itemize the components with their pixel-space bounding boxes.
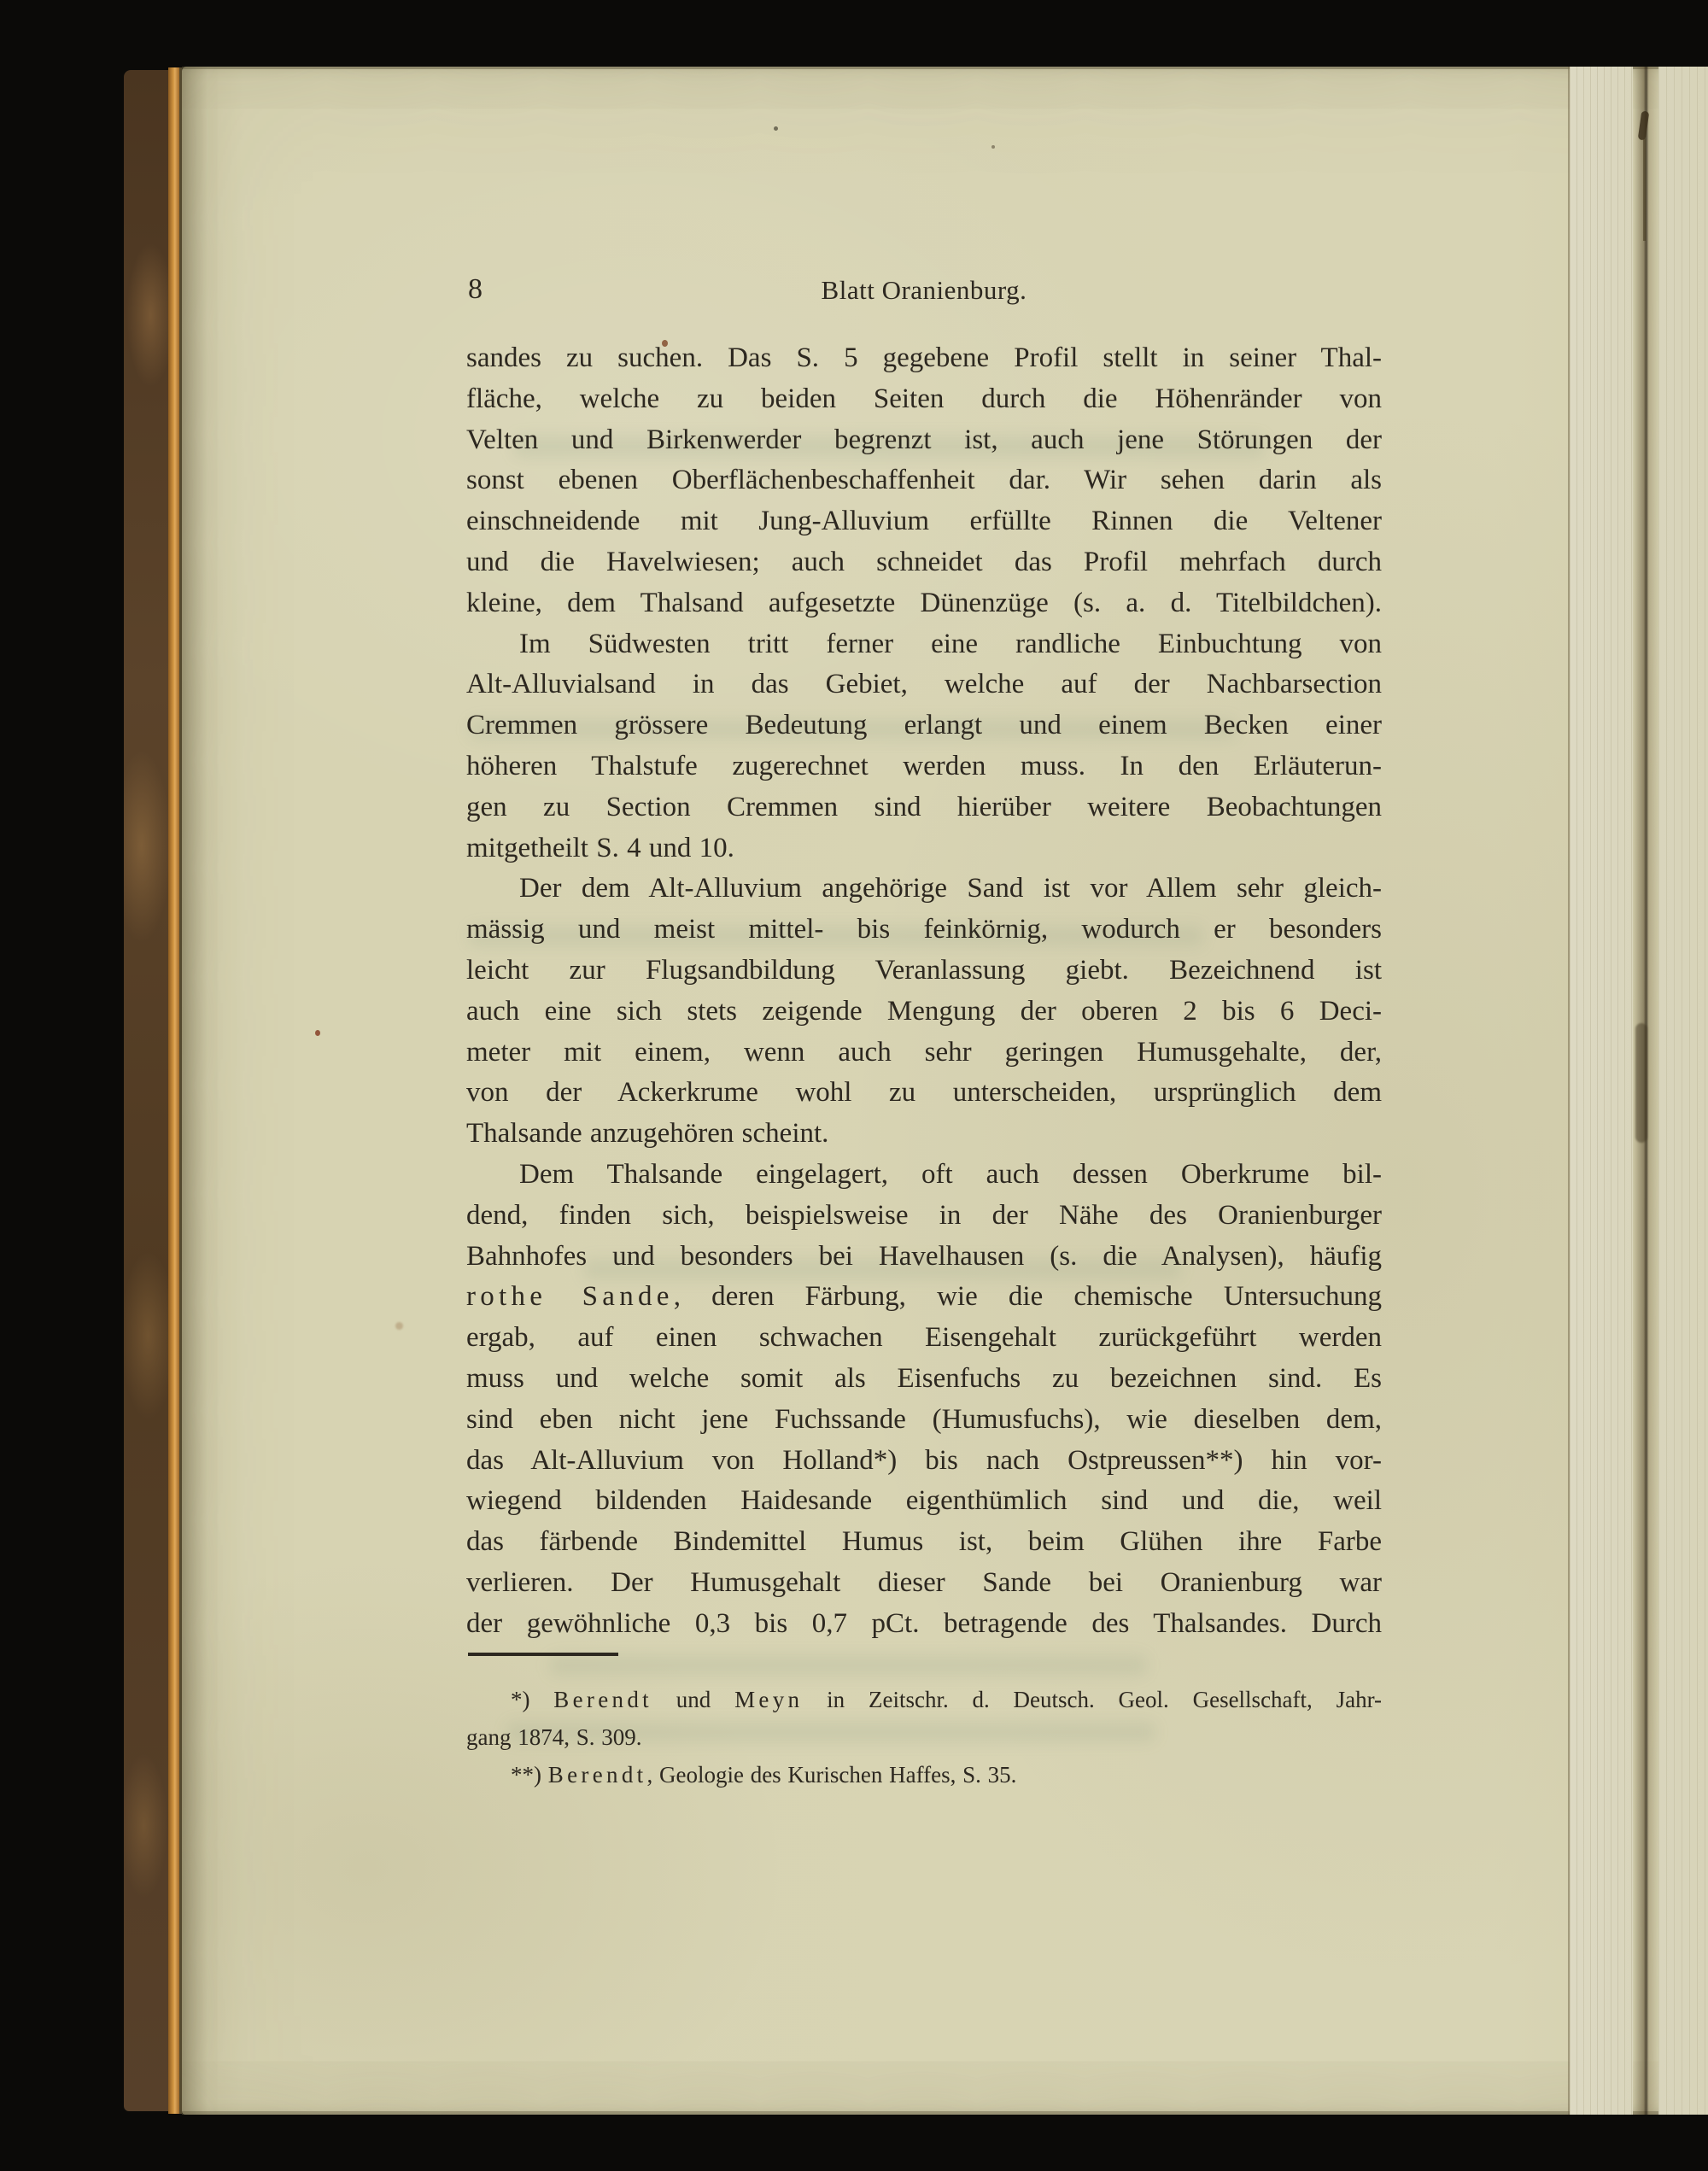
crease-fray xyxy=(1635,1023,1647,1143)
body-text: sandes zu suchen. Das S. 5 gegebene Prof… xyxy=(466,338,1382,1645)
paragraph: Dem Thalsande eingelagert, oft auch dess… xyxy=(466,1155,1382,1645)
book-page: 8 Blatt Oranienburg. sandes zu suchen. D… xyxy=(182,67,1708,2115)
text-line: Dem Thalsande eingelagert, oft auch dess… xyxy=(466,1155,1382,1196)
text-line: mässig und meist mittel- bis feinkörnig,… xyxy=(466,910,1382,951)
text-line: **) Berendt, Geologie des Kurischen Haff… xyxy=(466,1756,1382,1794)
footnote: *) Berendt und Meyn in Zeitschr. d. Deut… xyxy=(466,1681,1382,1756)
text-line: verlieren. Der Humusgehalt dieser Sande … xyxy=(466,1563,1382,1604)
binding-thread xyxy=(1643,138,1646,241)
text-line: und die Havelwiesen; auch schneidet das … xyxy=(466,542,1382,583)
text-line: einschneidende mit Jung-Alluvium erfüllt… xyxy=(466,501,1382,542)
text-line: kleine, dem Thalsand aufgesetzte Dünenzü… xyxy=(466,583,1382,624)
text-line: sind eben nicht jene Fuchssande (Humusfu… xyxy=(466,1400,1382,1441)
text-line: sonst ebenen Oberflächenbeschaffenheit d… xyxy=(466,460,1382,501)
text-line: muss und welche somit als Eisenfuchs zu … xyxy=(466,1359,1382,1400)
footnote: **) Berendt, Geologie des Kurischen Haff… xyxy=(466,1756,1382,1794)
spaced-text: Berendt xyxy=(553,1687,652,1712)
text-line: Alt-Alluvialsand in das Gebiet, welche a… xyxy=(466,664,1382,705)
text-line: der gewöhnliche 0,3 bis 0,7 pCt. betrage… xyxy=(466,1604,1382,1645)
text-line: leicht zur Flugsandbildung Veranlassung … xyxy=(466,951,1382,992)
text-line: das Alt-Alluvium von Holland*) bis nach … xyxy=(466,1441,1382,1482)
text-line: ergab, auf einen schwachen Eisengehalt z… xyxy=(466,1318,1382,1359)
text-line: das färbende Bindemittel Humus ist, beim… xyxy=(466,1522,1382,1563)
text-line: höheren Thalstufe zugerechnet werden mus… xyxy=(466,746,1382,787)
text-line: auch eine sich stets zeigende Mengung de… xyxy=(466,992,1382,1033)
text-line: gen zu Section Cremmen sind hierüber wei… xyxy=(466,787,1382,828)
text-line: rothe Sande, deren Färbung, wie die chem… xyxy=(466,1277,1382,1318)
paper-speck xyxy=(315,1030,320,1036)
text-line: Im Südwesten tritt ferner eine randliche… xyxy=(466,624,1382,665)
footnote-separator-rule xyxy=(468,1653,618,1656)
text-line: sandes zu suchen. Das S. 5 gegebene Prof… xyxy=(466,338,1382,379)
fore-edge-pages xyxy=(1658,67,1708,2115)
paragraph: Der dem Alt-Alluvium angehörige Sand ist… xyxy=(466,869,1382,1155)
text-line: fläche, welche zu beiden Seiten durch di… xyxy=(466,379,1382,420)
text-line: von der Ackerkrume wohl zu unterscheiden… xyxy=(466,1073,1382,1114)
paragraph: Im Südwesten tritt ferner eine randliche… xyxy=(466,624,1382,869)
book-spine xyxy=(124,70,168,2111)
text-line: meter mit einem, wenn auch sehr geringen… xyxy=(466,1033,1382,1074)
spaced-text: Berendt xyxy=(548,1762,647,1788)
text-line: Bahnhofes und besonders bei Havelhausen … xyxy=(466,1237,1382,1278)
page-header: 8 Blatt Oranienburg. xyxy=(466,270,1382,309)
text-line: Thalsande anzugehören scheint. xyxy=(466,1114,1382,1155)
text-line: Cremmen grössere Bedeutung erlangt und e… xyxy=(466,705,1382,746)
text-column: 8 Blatt Oranienburg. sandes zu suchen. D… xyxy=(466,67,1382,2115)
text-line: Der dem Alt-Alluvium angehörige Sand ist… xyxy=(466,869,1382,910)
text-line: mitgetheilt S. 4 und 10. xyxy=(466,828,1382,869)
text-line: dend, finden sich, beispielsweise in der… xyxy=(466,1196,1382,1237)
paper-speck xyxy=(395,1322,403,1330)
text-line: Velten und Birkenwerder begrenzt ist, au… xyxy=(466,420,1382,461)
paragraph: sandes zu suchen. Das S. 5 gegebene Prof… xyxy=(466,338,1382,624)
spaced-text: rothe Sande xyxy=(466,1281,674,1312)
fore-edge-pages xyxy=(1570,67,1633,2115)
gutter-shadow xyxy=(182,67,208,2115)
text-line: *) Berendt und Meyn in Zeitschr. d. Deut… xyxy=(466,1681,1382,1718)
running-header: Blatt Oranienburg. xyxy=(466,272,1382,309)
text-line: wiegend bildenden Haidesande eigenthümli… xyxy=(466,1481,1382,1522)
spaced-text: Meyn xyxy=(734,1687,803,1712)
photo-background: 8 Blatt Oranienburg. sandes zu suchen. D… xyxy=(0,0,1708,2171)
footnotes: *) Berendt und Meyn in Zeitschr. d. Deut… xyxy=(466,1681,1382,1794)
text-line: gang 1874, S. 309. xyxy=(466,1718,1382,1756)
book-spine-gilt-edge xyxy=(168,67,179,2114)
